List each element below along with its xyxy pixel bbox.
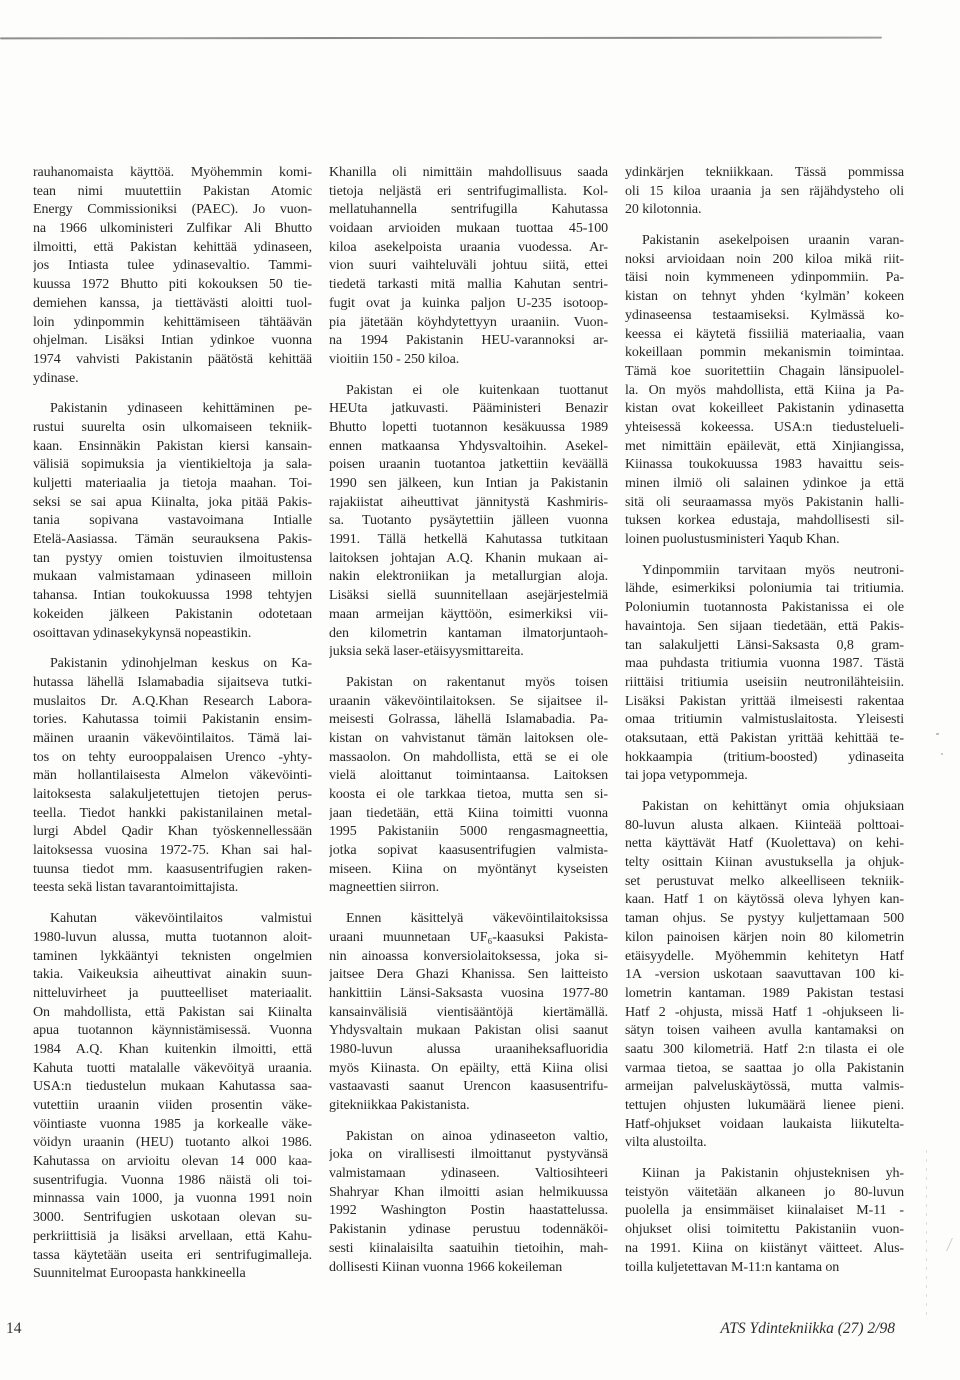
text-line: Ydinpommiin tarvitaan myös neutroni- [625,562,904,581]
text-line: lometrin kantaman. 1989 Pakistan testasi [625,985,904,1004]
text-line: mäinen uraanin väkevöintilaitos. Tämä la… [33,730,312,749]
text-line: kistan ovat kokeilleet Pakistanin ydinas… [625,400,904,419]
paragraph: Pakistanin ydinaseen kehittäminen pe-rus… [33,400,312,643]
text-line: laitoksen johtajan A.Q. Khanin mukaan ai… [329,550,608,569]
text-line: vioitiin 150 - 250 kiloa. [329,351,608,370]
text-line: omaa tritiumin valmistuslaitosta. Yleise… [625,711,904,730]
text-line: uraani muunnetaan UF₆-kaasuksi Pakista- [329,929,608,948]
text-line: na 1966 ulkoministeri Zulfikar Ali Bhutt… [33,220,312,239]
text-line: toilla kuljetettavan M-11:n kantama on [625,1259,904,1278]
text-line: kuussa 1972 Bhutto piti kokouksen 50 tie… [33,276,312,295]
text-columns: rauhanomaista käyttöä. Myöhemmin komi-te… [33,164,904,1284]
paragraph: Pakistanin ydinohjelman keskus on Ka-hut… [33,655,312,898]
text-line: tos on tehty eurooppalaisen Urenco -yhty… [33,749,312,768]
text-line: Bhutto lopetti tuotannon kesäkuussa 1989 [329,419,608,438]
text-line: muslaitos Dr. A.Q.Khan Research Labora- [33,693,312,712]
text-line: laitoksessa vuosina 1972-75. Khan sai ha… [33,842,312,861]
text-line: kaan. Ensinnäkin Pakistan kiersi kansain… [33,438,312,457]
text-line: na 1994 Pakistanin HEU-varannoksi ar- [329,332,608,351]
paragraph: Ydinpommiin tarvitaan myös neutroni-lähd… [625,562,904,786]
text-line: vastaavasti saanut Urencon kaasusentrifu… [329,1078,608,1097]
paragraph: Pakistan ei ole kuitenkaan tuottanutHEUt… [329,382,608,662]
text-line: teesta sekä listan tavarantoimittajista. [33,879,312,898]
text-line: seksi se sai apua Kiinalta, joka pitää P… [33,494,312,513]
text-line: taminen lykkääntyi teknisten ongelmien [33,948,312,967]
text-line: otaksutaan, että Pakistan yrittää kehitt… [625,730,904,749]
journal-page: rauhanomaista käyttöä. Myöhemmin komi-te… [0,0,960,1380]
text-line: Khanilla oli nimittäin mahdollisuus saad… [329,164,608,183]
text-line: 20 kilotonnia. [625,201,904,220]
paragraph: Kiinan ja Pakistanin ohjusteknisen yh-te… [625,1165,904,1277]
text-line: Pakistanin ydinaseen kehittäminen pe- [33,400,312,419]
text-line: vion suuri vaihteluväli johtuu siitä, et… [329,257,608,276]
text-line: Kiinassa toukokuussa 1983 havaittu seis- [625,456,904,475]
text-line: Kiinan ja Pakistanin ohjusteknisen yh- [625,1165,904,1184]
text-line: magneettien siirron. [329,879,608,898]
text-line: joka on virallisesti ilmoittanut pystyvä… [329,1146,608,1165]
text-line: ydinaseensa testaamiseksi. Kylmässä ko- [625,307,904,326]
text-line: tuksen korkea edustaja, mahdollisesti si… [625,512,904,531]
text-line: kilon painoisen kärjen noin 80 kilometri… [625,929,904,948]
text-line: nakin elektroniikan ja metallurgian aloj… [329,568,608,587]
text-line: jaitsee Dera Ghazi Khanissa. Sen laittei… [329,966,608,985]
text-line: noksi arvioidaan noin 200 kiloa mikä rii… [625,251,904,270]
text-line: tan salakuljetti Länsi-Saksasta 0,8 gram… [625,637,904,656]
text-line: Kahutan väkevöintilaitos valmistui [33,910,312,929]
text-line: Lisäksi siellä suunnitellaan asejärjeste… [329,587,608,606]
text-line: telty osittain Kiinan avustuksella ja oh… [625,854,904,873]
text-line: kaan. Hatf 1 on käytössä oleva lyhyen ka… [625,891,904,910]
text-line: puolella ja ensimmäiset kiinalaiset M-11… [625,1202,904,1221]
text-line: kokeillaan pommin mekanismin toimintaa. [625,344,904,363]
text-line: na 1991. Kiina on kiistänyt väitteet. Al… [625,1240,904,1259]
text-line: kansainvälisiä vientisääntöjä kiertämäll… [329,1004,608,1023]
text-line: Kahuta tuotti matalalle väkevöityä uraan… [33,1060,312,1079]
text-line: kokeiden jälkeen Pakistanin odotetaan [33,606,312,625]
text-column-2: Khanilla oli nimittäin mahdollisuus saad… [329,164,608,1284]
text-line: ydinase. [33,370,312,389]
text-line: tuunsa tiedot mm. kaasusentrifugien rake… [33,861,312,880]
text-line: keessa ei käytetä fissiiliä materiaalia,… [625,326,904,345]
text-line: sesti kiinalaisilta saatuihin tietoihin,… [329,1240,608,1259]
text-line: kistan on tehnyt yhden ‘kylmän’ kokeen [625,288,904,307]
text-line: etäisyydelle. Myöhemmin kehitetyn Hatf [625,948,904,967]
text-line: juksia sekä laser-etäisyysmittareita. [329,643,608,662]
text-line: Tämä koe suoritettiin Chagain länsipuole… [625,363,904,382]
text-line: maa puhdasta tritiumia vuonna 1987. Täst… [625,655,904,674]
text-line: 1974 vahvisti Pakistanin päätöstä kehitt… [33,351,312,370]
paragraph: Khanilla oli nimittäin mahdollisuus saad… [329,164,608,370]
text-line: Pakistanin asekelpoisen uraanin varan- [625,232,904,251]
text-line: apua tuotannon käynnistämisessä. Vuonna [33,1022,312,1041]
text-line: met nimittäin epäilevät, että Xinjiangis… [625,438,904,457]
text-line: Pakistan on kehittänyt omia ohjuksiaan [625,798,904,817]
text-line: Etelä-Aasiassa. Tämän seurauksena Pakis- [33,531,312,550]
text-line: Pakistan on rakentanut myös toisen [329,674,608,693]
text-line: myös Kiinasta. On epäilty, että Kiina ol… [329,1060,608,1079]
text-line: teistyön väitetään alkaneen jo 80-luvun [625,1184,904,1203]
text-line: män hollantilaisesta Almelon väkevöinti- [33,767,312,786]
text-line: tania sopivana vastavoimana Intialle [33,512,312,531]
text-line: sitä oli seuraamassa myös Pakistanin hal… [625,494,904,513]
text-line: tahansa. Intian toukokuussa 1998 tehtyje… [33,587,312,606]
text-line: meisesti Golrassa, lähellä Islamabadia. … [329,711,608,730]
text-line: On mahdollista, että Pakistan sai Kiinal… [33,1004,312,1023]
text-line: ennen matkaansa Yhdysvaltoihin. Asekel- [329,438,608,457]
text-line: nin ainoassa konversiolaitoksessa, joka … [329,948,608,967]
text-line: ohjukset olisi toimitettu Pakistaniin vu… [625,1221,904,1240]
text-line: tai jopa vetypommeja. [625,767,904,786]
text-line: pia jätetään köyhdytettyyn uraaniin. Vuo… [329,314,608,333]
paragraph: Pakistanin asekelpoisen uraanin varan-no… [625,232,904,550]
text-line: Hatf 2 -ohjusta, missä Hatf 1 -ohjukseen… [625,1004,904,1023]
text-line: armeijan palveluskäytössä, mutta valmis- [625,1078,904,1097]
text-line: Shahryar Khan ilmoitti asian helmikuussa [329,1184,608,1203]
paragraph: Pakistan on rakentanut myös toisenuraani… [329,674,608,898]
text-line: vutettiin uraanin viiden prosentin väke- [33,1097,312,1116]
text-line: susentrifugia. Vuonna 1986 näistä oli to… [33,1172,312,1191]
text-line: kuljetti materiaalia ja tietoja maahan. … [33,475,312,494]
paragraph: Pakistan on ainoa ydinaseeton valtio,jok… [329,1128,608,1278]
text-line: rajakiistat aiheuttivat jännitystä Kashm… [329,494,608,513]
text-line: Kahutassa on arvioitu olevan 14 000 kaa- [33,1153,312,1172]
text-line: 1980-luvun alussa, mutta tuotannon aloit… [33,929,312,948]
text-line: Pakistan ei ole kuitenkaan tuottanut [329,382,608,401]
text-line: 80-luvun alusta alkaen. Kiinteää polttoa… [625,817,904,836]
text-line: tassa käytetään useita eri sentrifugimal… [33,1247,312,1266]
text-line: ilmoitti, että Pakistan kehittää ydinase… [33,239,312,258]
text-line: täisi noin kymmeneen ydinpommiin. Pa- [625,269,904,288]
text-line: Energy Commissioniksi (PAEC). Jo vuon- [33,201,312,220]
text-line: 1990 sen jälkeen, kun Intian ja Pakistan… [329,475,608,494]
text-line: koosta ei ole tarkkaa tietoa, mutta sen … [329,786,608,805]
text-line: USA:n tiedustelun mukaan Kahutassa saa- [33,1078,312,1097]
text-line: sa. Tuotanto pysäytettiin jälleen vuonna [329,512,608,531]
text-line: riittäisi tritiumia useisiin neutroniläh… [625,674,904,693]
scan-noise-speck [941,753,943,755]
text-line: 3000. Sentrifugien uskotaan olevan su- [33,1209,312,1228]
text-line: Lisäksi Pakistan yrittää ilmeisesti rake… [625,693,904,712]
text-line: HEUta jatkuvasti. Pääministeri Benazir [329,400,608,419]
text-line: valmistamaan ydinaseen. Valtiosihteeri [329,1165,608,1184]
text-line: mellatuhannella sentrifugilla Kahutassa [329,201,608,220]
text-line: uraanin väkevöintilaitoksen. Se sijaitse… [329,693,608,712]
text-line: ydinkärjen tekniikkaan. Tässä pommissa [625,164,904,183]
text-line: Pakistan on ainoa ydinaseeton valtio, [329,1128,608,1147]
text-line: Suunnitelmat Euroopasta hankkineella [33,1265,312,1284]
text-line: jos Intiasta tulee ydinasevaltio. Tammi- [33,257,312,276]
text-line: den kilometrin kantaman ilmatorjuntaoh- [329,625,608,644]
text-line: la. On myös mahdollista, että Kiina ja P… [625,382,904,401]
text-line: Poloniumin tuotannosta Pakistanissa ei o… [625,599,904,618]
text-line: tietoja neljästä eri sentrifugimallista.… [329,183,608,202]
text-line: hokkaampia (tritium-boosted) ydinaseita [625,749,904,768]
text-line: teella. Tiedot hankki pakistanilainen me… [33,805,312,824]
text-line: vilta alustoilta. [625,1134,904,1153]
journal-footer: ATS Ydintekniikka (27) 2/98 [720,1320,895,1338]
text-line: miseen. Kiina on myöntänyt kyseisten [329,861,608,880]
text-line: loin ydinpommin kehittämiseen tähtäävän [33,314,312,333]
scan-noise-speck [936,733,939,735]
text-line: 1992 Washington Postin haastattelussa. [329,1202,608,1221]
text-line: jotka sopivat kaasusentrifugien valmista… [329,842,608,861]
text-line: hankittiin Länsi-Saksasta vuosina 1977-8… [329,985,608,1004]
text-line: vielä aloittanut toimintaansa. Laitoksen [329,767,608,786]
paragraph: Kahutan väkevöintilaitos valmistui1980-l… [33,910,312,1284]
text-line: vöintiaste vuonna 1985 ja korkealle väke… [33,1116,312,1135]
text-line: taman ohjus. Se pystyy kuljettamaan 500 [625,910,904,929]
text-line: kiloa asekelpoista uraania vuodessa. Ar- [329,239,608,258]
text-line: ohjelman. Lisäksi Intian ydinkoe vuonna [33,332,312,351]
text-line: 1984 A.Q. Khan kuitenkin ilmoitti, että [33,1041,312,1060]
text-line: havaintoja. Sen sijaan tiedetään, että P… [625,618,904,637]
text-line: sätyn toisen vaiheen avulla kantamaksi o… [625,1022,904,1041]
text-line: saatu 300 kilometriä. Hatf 2:n tilasta e… [625,1041,904,1060]
text-column-3: ydinkärjen tekniikkaan. Tässä pommissaol… [625,164,904,1284]
text-line: takia. Vaikeuksia aiheuttivat ainakin su… [33,966,312,985]
text-line: 1995 Pakistaniin 5000 rengasmagneettia, [329,823,608,842]
text-line: tan pystyy omien toistuvien ilmoitustens… [33,550,312,569]
text-line: voidaan arvioiden mukaan tuottaa 45-100 [329,220,608,239]
text-line: Hatf-ohjukset voidaan laukaista liikutel… [625,1116,904,1135]
scan-noise-dashes [926,1150,927,1320]
text-line: dollisesti Kiinan vuonna 1966 kokeileman [329,1259,608,1278]
text-line: tories. Kahutassa toimii Pakistanin ensi… [33,711,312,730]
text-line: yhteisessä kokeessa. USA:n tiedustelueli… [625,419,904,438]
text-line: varmaa tietoa, se saattaa jo olla Pakist… [625,1060,904,1079]
text-line: rustui suurelta osin ulkomaiseen tekniik… [33,419,312,438]
text-column-1: rauhanomaista käyttöä. Myöhemmin komi-te… [33,164,312,1284]
text-line: minen ilmiö oli salainen ydinkoe ja että [625,475,904,494]
text-line: demiehen kanssa, ja tiettävästi aloitti … [33,295,312,314]
text-line: välisiä sopimuksia ja vientikieltoja ja … [33,456,312,475]
text-line: Pakistanin ydinase perustuu todennäköi- [329,1221,608,1240]
text-line: netta käyttävät Hatf (Kuolettava) on keh… [625,835,904,854]
text-line: oli 15 kiloa uraania ja sen räjähdysteho… [625,183,904,202]
text-line: vöidyn uraanin (HEU) tuotanto alkoi 1986… [33,1134,312,1153]
text-line: poisen uraanin tuotantoa jatkettiin kevä… [329,456,608,475]
text-line: Pakistanin ydinohjelman keskus on Ka- [33,655,312,674]
paragraph: ydinkärjen tekniikkaan. Tässä pommissaol… [625,164,904,220]
page-number: 14 [6,1320,22,1338]
text-line: 1A -version uskotaan saavuttavan 100 ki- [625,966,904,985]
text-line: mukaan valmistamaan ydinaseen milloin [33,568,312,587]
text-line: Ennen käsittelyä väkevöintilaitoksissa [329,910,608,929]
text-line: set perustuvat melko alkeelliseen teknii… [625,873,904,892]
text-line: laitoksesta salakuljetettujen tietojen p… [33,786,312,805]
text-line: 1991. Tällä hetkellä Kahutassa tutkitaan [329,531,608,550]
text-line: 1980-luvun alussa uraaniheksafluoridia [329,1041,608,1060]
text-line: lurgi Abdel Qadir Khan työskennellessään [33,823,312,842]
text-line: nitteluvirheet ja puutteelliset materiaa… [33,985,312,1004]
text-line: perkriittisiä ja lisäksi arvellaan, että… [33,1228,312,1247]
text-line: massaolon. On mahdollista, että se ei ol… [329,749,608,768]
text-line: lähde, esimerkiksi poloniumia tai tritiu… [625,580,904,599]
text-line: tettujen ohjusten lukumäärä lienee pieni… [625,1097,904,1116]
text-line: rauhanomaista käyttöä. Myöhemmin komi- [33,164,312,183]
text-line: tiedetä tarkasti mitä mallia Kahutan sen… [329,276,608,295]
paragraph: rauhanomaista käyttöä. Myöhemmin komi-te… [33,164,312,388]
scan-artifact-line [0,37,882,40]
text-line: osoittavan ydinasekykynsä nopeastikin. [33,625,312,644]
text-line: fugit ovat ja kuinka paljon U-235 isotoo… [329,295,608,314]
text-line: hutassa lähellä Islamabadia sijaitseva t… [33,674,312,693]
text-line: loinen puolustusministeri Yaqub Khan. [625,531,904,550]
text-line: Yhdysvaltain mukaan Pakistan olisi saanu… [329,1022,608,1041]
paragraph: Pakistan on kehittänyt omia ohjuksiaan80… [625,798,904,1153]
text-line: gitekniikkaa Pakistanista. [329,1097,608,1116]
scan-noise-mark [939,1238,953,1251]
text-line: kistan on vahvistanut tämän laitoksen ol… [329,730,608,749]
text-line: maan armeijan käyttöön, esimerkiksi vii- [329,606,608,625]
paragraph: Ennen käsittelyä väkevöintilaitoksissaur… [329,910,608,1116]
text-line: tean nimi muutettiin Pakistan Atomic [33,183,312,202]
text-line: jaan tiedetään, että Kiina toimitti vuon… [329,805,608,824]
text-line: minnassa vain 1000, ja vuonna 1991 noin [33,1190,312,1209]
